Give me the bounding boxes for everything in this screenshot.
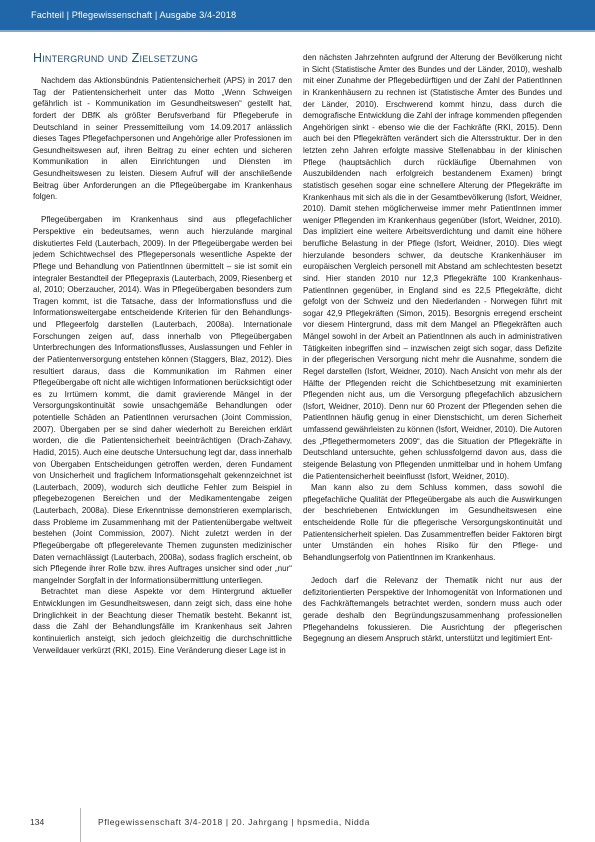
right-text-column: den nächsten Jahrzehnten aufgrund der Al… — [303, 52, 562, 645]
running-header-title: Fachteil | Pflegewissenschaft | Ausgabe … — [31, 10, 236, 20]
body-paragraph: den nächsten Jahrzehnten aufgrund der Al… — [303, 52, 562, 482]
body-paragraph: Jedoch darf die Relevanz der Thematik ni… — [303, 575, 562, 645]
footer-divider — [80, 808, 81, 842]
body-paragraph: Nachdem das Aktionsbündnis Patientensich… — [33, 75, 292, 203]
body-paragraph: Man kann also zu dem Schluss kommen, das… — [303, 482, 562, 563]
paragraph-gap — [303, 564, 562, 576]
footer-publication-info: Pflegewissenschaft 3/4-2018 | 20. Jahrga… — [98, 817, 370, 827]
page-number: 134 — [30, 817, 44, 827]
paragraph-gap — [33, 203, 292, 215]
running-header-bar: Fachteil | Pflegewissenschaft | Ausgabe … — [0, 0, 595, 32]
body-paragraph: Betrachtet man diese Aspekte vor dem Hin… — [33, 586, 292, 656]
left-text-column: Nachdem das Aktionsbündnis Patientensich… — [33, 75, 292, 656]
section-heading: Hintergrund und Zielsetzung — [33, 51, 198, 65]
body-paragraph: Pflegeübergaben im Krankenhaus sind aus … — [33, 214, 292, 586]
